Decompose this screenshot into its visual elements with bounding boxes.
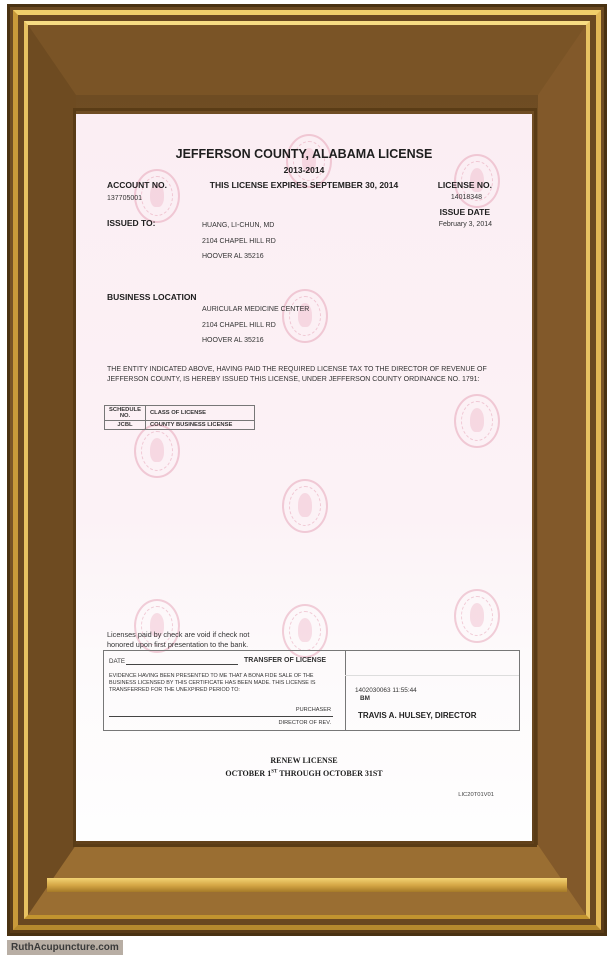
- account-number-label: ACCOUNT NO.: [107, 180, 167, 190]
- licensee-street: 2104 CHAPEL HILL RD: [202, 234, 276, 250]
- business-location-label: BUSINESS LOCATION: [107, 292, 197, 302]
- transfer-evidence-text: EVIDENCE HAVING BEEN PRESENTED TO ME THA…: [109, 673, 341, 694]
- transfer-of-license-box: DATE TRANSFER OF LICENSE EVIDENCE HAVING…: [103, 650, 520, 731]
- check-note-line: honored upon first presentation to the b…: [107, 640, 249, 650]
- business-name: AURICULAR MEDICINE CENTER: [202, 302, 309, 318]
- transfer-title: TRANSFER OF LICENSE: [244, 657, 326, 664]
- check-payment-note: Licenses paid by check are void if check…: [107, 630, 249, 650]
- licensee-city: HOOVER AL 35216: [202, 249, 276, 265]
- account-number: 137705001: [107, 195, 142, 202]
- license-years: 2013-2014: [76, 165, 532, 175]
- license-number-label: LICENSE NO.: [438, 180, 492, 190]
- table-header-row: SCHEDULE NO. CLASS OF LICENSE: [105, 406, 255, 421]
- check-note-line: Licenses paid by check are void if check…: [107, 630, 249, 640]
- purchaser-label: PURCHASER: [296, 707, 331, 713]
- validation-stamp: 1402030063 11:55:44: [355, 687, 417, 694]
- form-code: LIC20T01V01: [458, 792, 494, 798]
- site-watermark: RuthAcupuncture.com: [7, 940, 123, 955]
- county-seal-icon: [454, 394, 500, 448]
- license-certificate: JEFFERSON COUNTY, ALABAMA LICENSE 2013-2…: [76, 114, 532, 841]
- table-row: JCBL COUNTY BUSINESS LICENSE: [105, 421, 255, 430]
- issued-to-address: HUANG, LI-CHUN, MD 2104 CHAPEL HILL RD H…: [202, 218, 276, 265]
- renewal-end: THROUGH OCTOBER 31ST: [277, 769, 382, 778]
- entity-statement-line: JEFFERSON COUNTY, IS HEREBY ISSUED THIS …: [107, 375, 487, 385]
- schedule-no-header: SCHEDULE NO.: [105, 406, 146, 421]
- schedule-table: SCHEDULE NO. CLASS OF LICENSE JCBL COUNT…: [104, 405, 255, 430]
- issue-date: February 3, 2014: [439, 221, 492, 228]
- issued-to-label: ISSUED TO:: [107, 218, 156, 228]
- licensee-name: HUANG, LI-CHUN, MD: [202, 218, 276, 234]
- frame-bottom-highlight: [47, 878, 567, 892]
- schedule-no-cell: JCBL: [105, 421, 146, 430]
- business-city: HOOVER AL 35216: [202, 333, 309, 349]
- validation-section: 1402030063 11:55:44 BM TRAVIS A. HULSEY,…: [345, 651, 519, 730]
- validation-initials: BM: [360, 695, 370, 702]
- purchaser-signature-line: [109, 716, 333, 717]
- transfer-section: DATE TRANSFER OF LICENSE EVIDENCE HAVING…: [104, 651, 346, 730]
- entity-statement-line: THE ENTITY INDICATED ABOVE, HAVING PAID …: [107, 365, 487, 375]
- renewal-period: OCTOBER 1ST THROUGH OCTOBER 31ST: [76, 769, 532, 778]
- date-signature-line: [126, 664, 238, 665]
- county-seal-icon: [282, 479, 328, 533]
- validation-divider: [345, 675, 519, 676]
- license-title: JEFFERSON COUNTY, ALABAMA LICENSE: [76, 147, 532, 161]
- renewal-start: OCTOBER 1: [225, 769, 271, 778]
- issue-date-label: ISSUE DATE: [440, 207, 490, 217]
- entity-statement: THE ENTITY INDICATED ABOVE, HAVING PAID …: [107, 365, 487, 385]
- director-signature: TRAVIS A. HULSEY, DIRECTOR: [358, 711, 477, 720]
- county-seal-icon: [134, 424, 180, 478]
- business-location-address: AURICULAR MEDICINE CENTER 2104 CHAPEL HI…: [202, 302, 309, 349]
- county-seal-icon: [454, 589, 500, 643]
- date-label: DATE: [109, 658, 125, 665]
- business-street: 2104 CHAPEL HILL RD: [202, 318, 309, 334]
- renew-heading: RENEW LICENSE: [76, 756, 532, 765]
- director-of-revenue-label: DIRECTOR OF REV.: [278, 720, 331, 726]
- class-of-license-header: CLASS OF LICENSE: [146, 406, 255, 421]
- class-of-license-cell: COUNTY BUSINESS LICENSE: [146, 421, 255, 430]
- license-number: 14018348: [451, 194, 482, 201]
